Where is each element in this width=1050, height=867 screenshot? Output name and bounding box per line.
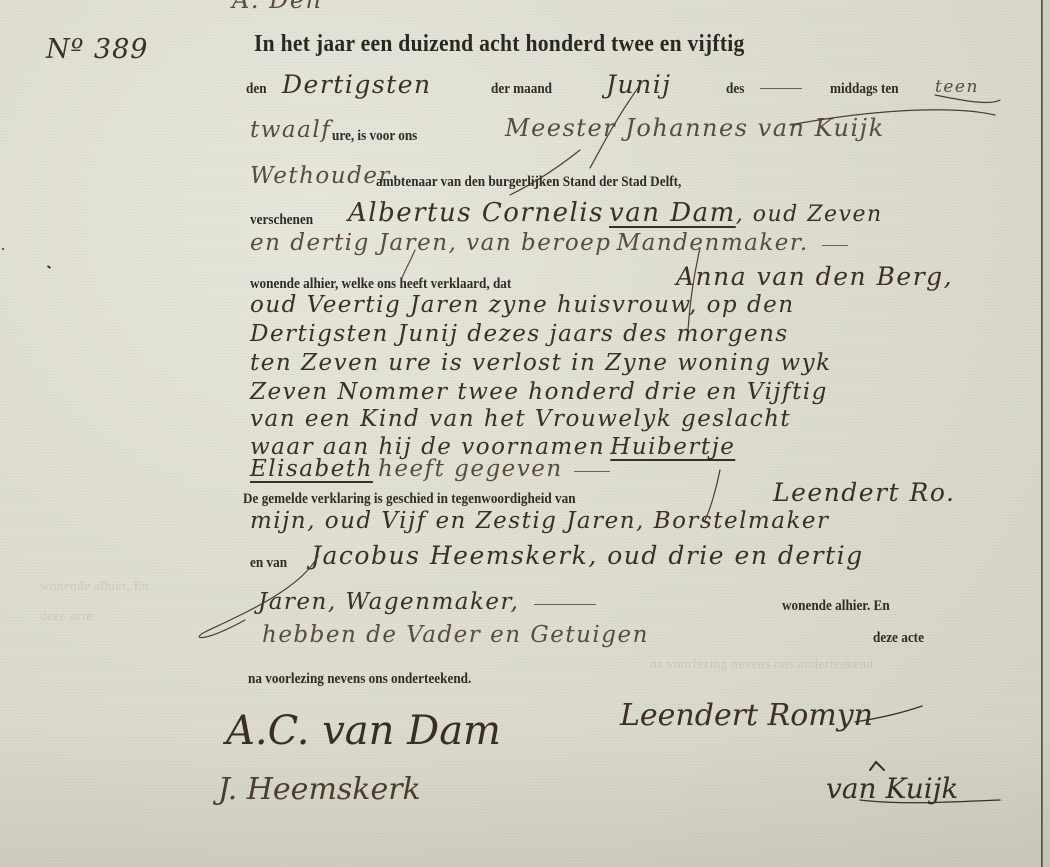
text-line-2-des: des xyxy=(726,78,802,98)
handwritten-text: heeft gegeven xyxy=(378,456,563,482)
handwritten-hour: twaalf xyxy=(250,117,331,143)
text-line-20: na voorlezing nevens ons onderteekend. xyxy=(248,668,502,688)
handwritten-witness2: Jacobus Heemskerk, oud drie en dertig xyxy=(311,541,864,570)
handwritten-father-age: , oud Zeven xyxy=(736,202,883,227)
fill-dash xyxy=(760,88,802,89)
text-line-16: mijn, oud Vijf en Zestig Jaren, Borstelm… xyxy=(250,508,830,534)
text-line-6: en dertig Jaren, van beroep Mandenmaker. xyxy=(250,230,848,256)
bleed-through-text: na voorlezing nevens ons onderteekend xyxy=(650,656,874,672)
signature-official: van Kuijk xyxy=(826,772,958,805)
handwritten-hour: teen xyxy=(935,77,979,97)
printed-text: wonende alhier. En xyxy=(782,598,890,615)
text-line-7: wonende alhier, welke ons heeft verklaar… xyxy=(250,273,547,293)
handwritten-text: oud Veertig Jaren zyne huisvrouw, op den xyxy=(250,292,795,318)
text-line-18: Jaren, Wagenmaker, xyxy=(258,589,596,615)
printed-text: deze acte xyxy=(873,630,924,647)
printed-text: der maand xyxy=(491,81,552,98)
top-cut-text: A. Den xyxy=(232,0,323,14)
handwritten-text: en dertig Jaren, van beroep xyxy=(250,230,612,256)
handwritten-official-name: Meester Johannes van Kuijk xyxy=(505,114,885,142)
text-line-14: Elisabeth heeft gegeven xyxy=(250,456,610,482)
text-line-4: Wethouder xyxy=(250,163,391,189)
text-line-2-hand: Dertigsten xyxy=(282,70,432,99)
text-line-5: verschenen xyxy=(250,209,322,229)
text-line-3-printed: ure, is voor ons xyxy=(332,125,429,145)
text-line-2: den xyxy=(246,78,269,98)
heading-line: In het jaar een duizend acht honderd twe… xyxy=(254,31,799,58)
handwritten-witness1-name: Leendert Ro. xyxy=(773,478,955,507)
printed-text: verschenen xyxy=(250,212,313,229)
handwritten-month: Junij xyxy=(606,70,671,99)
text-line-3-official: Meester Johannes van Kuijk xyxy=(505,114,885,142)
printed-text: wonende alhier, welke ons heeft verklaar… xyxy=(250,276,511,293)
handwritten-mother-name: Anna van den Berg, xyxy=(676,262,953,291)
handwritten-title: Wethouder xyxy=(250,163,391,189)
handwritten-text: Dertigsten Junij dezes jaars des morgens xyxy=(250,321,789,347)
handwritten-occupation: Mandenmaker. xyxy=(617,230,809,256)
ink-speck xyxy=(2,248,5,251)
text-line-9: Dertigsten Junij dezes jaars des morgens xyxy=(250,321,789,347)
printed-text: middags ten xyxy=(830,81,899,98)
text-line-18-printed: wonende alhier. En xyxy=(782,595,904,615)
printed-text: na voorlezing nevens ons onderteekend. xyxy=(248,671,471,688)
text-line-19: hebben de Vader en Getuigen xyxy=(262,622,649,648)
text-line-17: en van xyxy=(250,552,292,572)
fill-dash xyxy=(574,471,610,472)
handwritten-text: Zeven Nommer twee honderd drie en Vijfti… xyxy=(250,379,828,405)
handwritten-text: hebben de Vader en Getuigen xyxy=(262,622,649,648)
printed-text: ure, is voor ons xyxy=(332,128,417,145)
text-line-3: twaalf xyxy=(250,117,331,143)
handwritten-child-second-name: Elisabeth xyxy=(250,456,373,482)
text-line-2-time: middags ten xyxy=(830,78,908,98)
fill-dash xyxy=(534,604,596,605)
fill-dash xyxy=(822,245,848,246)
heading-text: In het jaar een duizend acht honderd twe… xyxy=(254,31,745,58)
printed-text: des xyxy=(726,81,744,98)
bleed-through-text: wonende alhier, En xyxy=(40,578,149,594)
record-number: Nº 389 xyxy=(46,34,148,65)
handwritten-text: Jaren, Wagenmaker, xyxy=(258,589,519,615)
text-line-7-hand: Anna van den Berg, xyxy=(676,262,953,291)
page-edge xyxy=(1041,0,1050,867)
handwritten-day: Dertigsten xyxy=(282,70,432,99)
text-line-5-hand: Albertus Cornelis van Dam, oud Zeven xyxy=(348,198,883,228)
bleed-through-text: deze acte xyxy=(40,608,92,624)
handwritten-child-first-name: Huibertje xyxy=(610,434,735,460)
handwritten-text: mijn, oud Vijf en Zestig Jaren, Borstelm… xyxy=(250,508,830,534)
signature-father: A.C. van Dam xyxy=(226,708,501,754)
text-line-2-month: Junij xyxy=(606,70,671,99)
text-line-15: De gemelde verklaring is geschied in teg… xyxy=(243,488,621,508)
text-line-11: Zeven Nommer twee honderd drie en Vijfti… xyxy=(250,379,828,405)
ink-speck xyxy=(47,265,51,269)
printed-text: en van xyxy=(250,555,287,572)
printed-text: ambtenaar van den burgerlijken Stand der… xyxy=(376,174,681,191)
text-line-8: oud Veertig Jaren zyne huisvrouw, op den xyxy=(250,292,795,318)
text-line-15-hand: Leendert Ro. xyxy=(773,478,955,507)
handwritten-text: ten Zeven ure is verlost in Zyne woning … xyxy=(250,350,832,376)
handwritten-father-name: Albertus Cornelis xyxy=(348,198,604,228)
text-line-19-printed: deze acte xyxy=(873,627,931,647)
printed-text: den xyxy=(246,81,267,98)
signature-witness2: J. Heemskerk xyxy=(218,772,421,807)
text-line-17-hand: Jacobus Heemskerk, oud drie en dertig xyxy=(311,541,864,570)
handwritten-text: van een Kind van het Vrouwelyk geslacht xyxy=(250,406,791,432)
handwritten-father-surname: van Dam xyxy=(609,198,736,228)
text-line-2-hour: teen xyxy=(935,77,979,97)
text-line-12: van een Kind van het Vrouwelyk geslacht xyxy=(250,406,791,432)
text-line-10: ten Zeven ure is verlost in Zyne woning … xyxy=(250,350,832,376)
text-line-2-printed: der maand xyxy=(491,78,560,98)
signature-witness1: Leendert Romyn xyxy=(620,698,873,733)
printed-text: De gemelde verklaring is geschied in teg… xyxy=(243,491,576,508)
document-page: wonende alhier, En deze acte na voorlezi… xyxy=(0,0,1050,867)
text-line-4-printed: ambtenaar van den burgerlijken Stand der… xyxy=(376,171,723,191)
